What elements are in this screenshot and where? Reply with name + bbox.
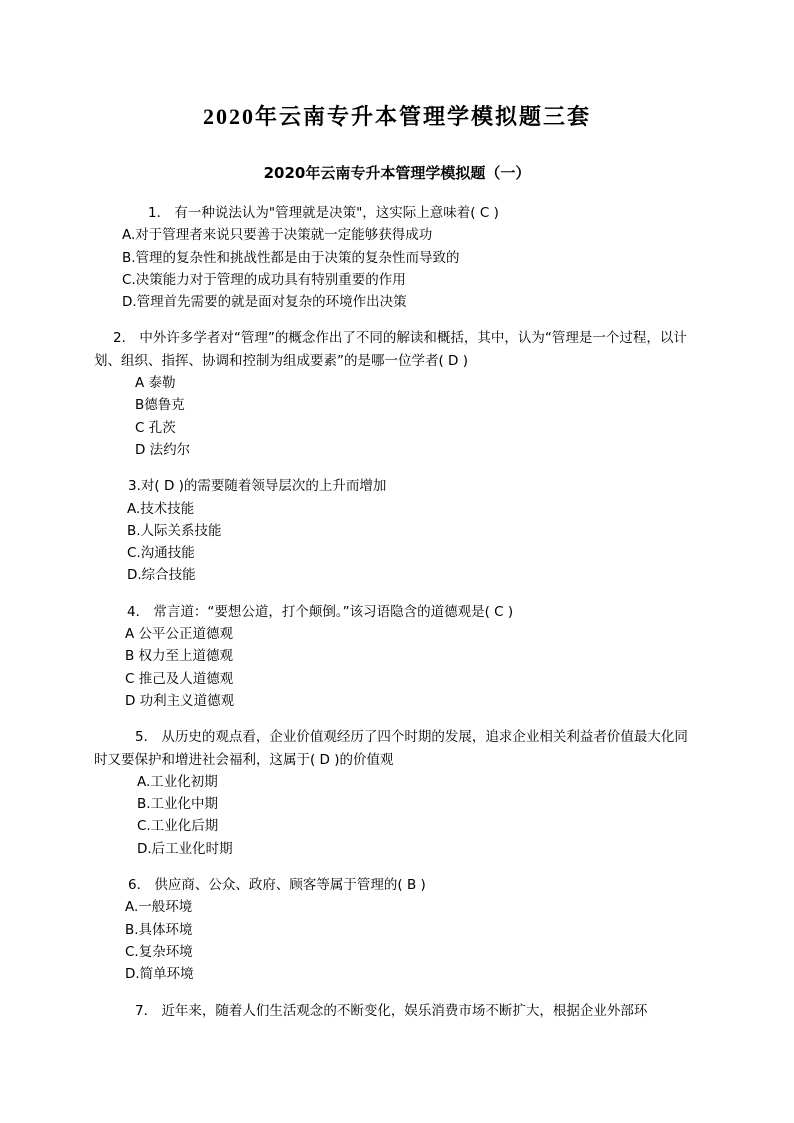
question-5: 5． 从历史的观点看，企业价值观经历了四个时期的发展，追求企业相关利益者价值最大… bbox=[94, 726, 700, 860]
question-3-stem: 3.对( D )的需要随着领导层次的上升而增加 bbox=[94, 475, 700, 497]
document-title: 2020年云南专升本管理学模拟题三套 bbox=[0, 0, 794, 132]
question-6-option-d: D.简单环境 bbox=[94, 963, 700, 985]
question-3-option-d: D.综合技能 bbox=[94, 564, 700, 586]
question-5-option-b: B.工业化中期 bbox=[94, 793, 700, 815]
question-5-stem: 5． 从历史的观点看，企业价值观经历了四个时期的发展，追求企业相关利益者价值最大… bbox=[94, 726, 700, 771]
question-6-option-b: B.具体环境 bbox=[94, 919, 700, 941]
question-4-stem: 4． 常言道：“要想公道，打个颠倒。”该习语隐含的道德观是( C ) bbox=[94, 601, 700, 623]
question-6-option-a: A.一般环境 bbox=[94, 896, 700, 918]
question-7-stem: 7． 近年来，随着人们生活观念的不断变化，娱乐消费市场不断扩大，根据企业外部环 bbox=[94, 1000, 700, 1022]
question-5-option-c: C.工业化后期 bbox=[94, 815, 700, 837]
question-4: 4． 常言道：“要想公道，打个颠倒。”该习语隐含的道德观是( C ) A 公平公… bbox=[94, 601, 700, 712]
question-2: 2． 中外许多学者对“管理”的概念作出了不同的解读和概括，其中，认为“管理是一个… bbox=[94, 327, 700, 461]
question-2-option-a: A 泰勒 bbox=[94, 372, 700, 394]
question-1-option-c: C.决策能力对于管理的成功具有特别重要的作用 bbox=[94, 269, 700, 291]
question-3-option-b: B.人际关系技能 bbox=[94, 520, 700, 542]
question-3-option-a: A.技术技能 bbox=[94, 498, 700, 520]
section-title: 2020年云南专升本管理学模拟题（一） bbox=[0, 163, 794, 183]
question-1-stem: 1． 有一种说法认为"管理就是决策"，这实际上意味着( C ) bbox=[94, 202, 700, 224]
question-2-option-d: D 法约尔 bbox=[94, 439, 700, 461]
question-4-option-a: A 公平公正道德观 bbox=[94, 623, 700, 645]
question-2-stem: 2． 中外许多学者对“管理”的概念作出了不同的解读和概括，其中，认为“管理是一个… bbox=[94, 327, 700, 372]
question-4-option-b: B 权力至上道德观 bbox=[94, 645, 700, 667]
question-1-option-b: B.管理的复杂性和挑战性都是由于决策的复杂性而导致的 bbox=[94, 247, 700, 269]
question-4-option-c: C 推己及人道德观 bbox=[94, 668, 700, 690]
question-4-option-d: D 功利主义道德观 bbox=[94, 690, 700, 712]
question-3-option-c: C.沟通技能 bbox=[94, 542, 700, 564]
document-page: 2020年云南专升本管理学模拟题三套 2020年云南专升本管理学模拟题（一） 1… bbox=[0, 0, 794, 1123]
question-3: 3.对( D )的需要随着领导层次的上升而增加 A.技术技能 B.人际关系技能 … bbox=[94, 475, 700, 586]
question-2-option-c: C 孔茨 bbox=[94, 417, 700, 439]
question-1-option-a: A.对于管理者来说只要善于决策就一定能够获得成功 bbox=[94, 224, 700, 246]
question-1-option-d: D.管理首先需要的就是面对复杂的环境作出决策 bbox=[94, 291, 700, 313]
question-2-option-b: B德鲁克 bbox=[94, 394, 700, 416]
question-list: 1． 有一种说法认为"管理就是决策"，这实际上意味着( C ) A.对于管理者来… bbox=[94, 202, 700, 1022]
question-1: 1． 有一种说法认为"管理就是决策"，这实际上意味着( C ) A.对于管理者来… bbox=[94, 202, 700, 313]
question-6-option-c: C.复杂环境 bbox=[94, 941, 700, 963]
question-6: 6． 供应商、公众、政府、顾客等属于管理的( B ) A.一般环境 B.具体环境… bbox=[94, 874, 700, 985]
question-7: 7． 近年来，随着人们生活观念的不断变化，娱乐消费市场不断扩大，根据企业外部环 bbox=[94, 1000, 700, 1022]
question-6-stem: 6． 供应商、公众、政府、顾客等属于管理的( B ) bbox=[94, 874, 700, 896]
question-5-option-a: A.工业化初期 bbox=[94, 771, 700, 793]
question-5-option-d: D.后工业化时期 bbox=[94, 838, 700, 860]
